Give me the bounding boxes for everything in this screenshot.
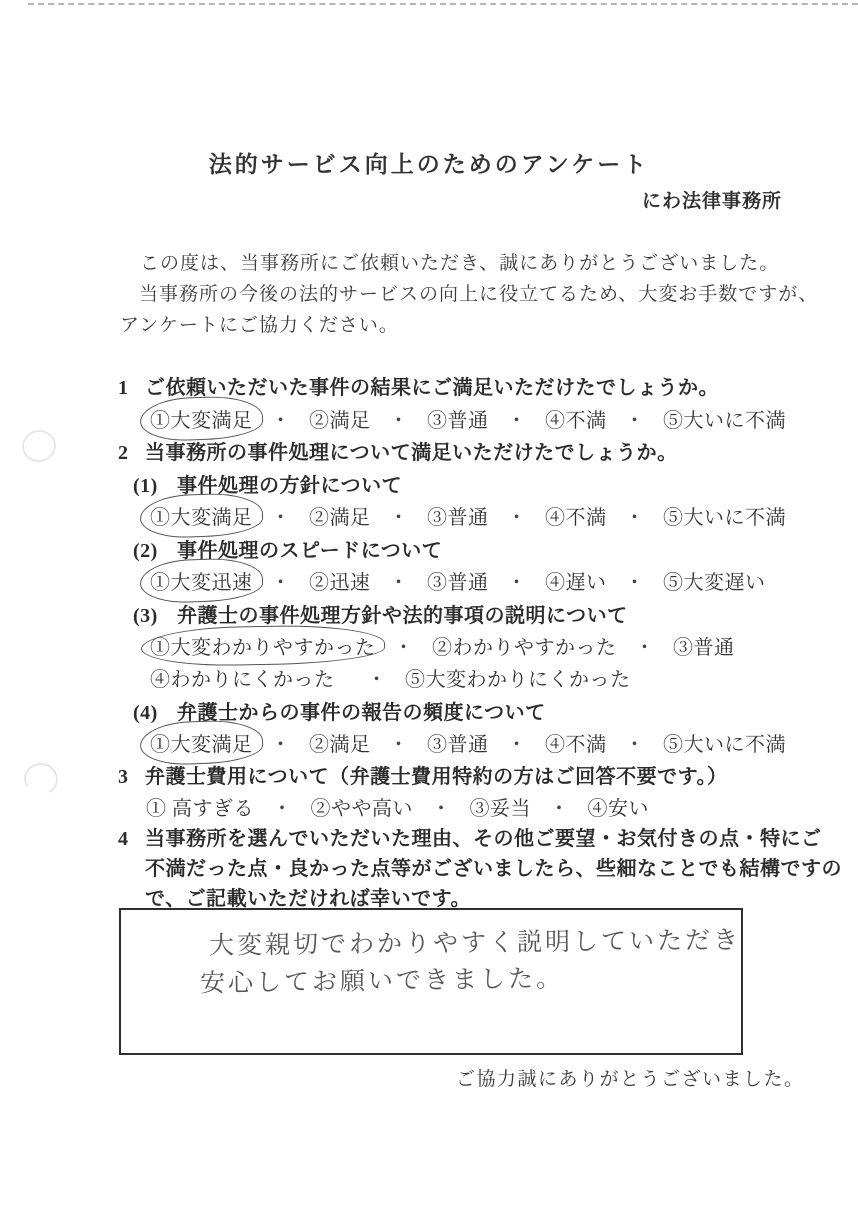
question-2-4-options: ①大変満足 ・ ②満足 ・ ③普通 ・ ④不満 ・ ⑤大いに不満 [150,728,786,757]
question-1-options: ①大変満足 ・ ②満足 ・ ③普通 ・ ④不満 ・ ⑤大いに不満 [150,404,786,433]
option-separator: ・ [389,501,410,530]
scanner-artifact-line [28,3,858,5]
question-4-text-line1: 当事務所を選んでいただいた理由、その他ご要望・お気付きの点・特にご [145,828,822,850]
option[interactable]: ④不満 [545,501,607,530]
option-separator: ・ [271,728,292,757]
option-separator: ・ [625,404,646,433]
intro-line-3: アンケートにご協力ください。 [120,310,399,337]
question-2-4-number: (4) [133,702,177,725]
option[interactable]: ⑤大いに不満 [663,501,786,530]
option-separator: ・ [625,501,646,530]
option[interactable]: ④不満 [545,728,607,757]
option[interactable]: ②やや高い [311,792,414,821]
option-circled[interactable]: ①大変満足 [150,404,253,433]
option-separator: ・ [389,404,410,433]
option-separator: ・ [431,792,452,821]
option[interactable]: ⑤大変わかりにくかった [405,663,631,692]
option[interactable]: ③妥当 [470,792,532,821]
question-2-3-text: 弁護士の事件処理方針や法的事項の説明について [177,605,628,627]
intro-line-2: 当事務所の今後の法的サービスの向上に役立てるため、大変お手数ですが、 [139,279,818,306]
option[interactable]: ②わかりやすかった [432,631,617,660]
option[interactable]: ②満足 [309,404,371,433]
option[interactable]: ④不満 [545,404,607,433]
question-3-number: 3 [118,766,145,789]
option-separator: ・ [507,566,528,595]
question-2-1-options: ①大変満足 ・ ②満足 ・ ③普通 ・ ④不満 ・ ⑤大いに不満 [150,501,786,530]
option[interactable]: ③普通 [427,501,489,530]
free-comment-box[interactable]: 大変親切でわかりやすく説明していただき 安心してお願いできました。 [119,908,743,1055]
option[interactable]: ③普通 [427,728,489,757]
option-separator: ・ [635,631,656,660]
option-separator: ・ [271,501,292,530]
option-separator: ・ [507,404,528,433]
question-3-text: 弁護士費用について（弁護士費用特約の方はご回答不要です。） [145,766,728,788]
punch-hole-mark-top [20,428,58,464]
option[interactable]: ③普通 [673,631,735,660]
option[interactable]: ②満足 [309,728,371,757]
option-circled[interactable]: ①大変満足 [150,728,253,757]
option-separator: ・ [389,728,410,757]
punch-hole-mark-bottom [21,759,62,798]
question-3: 3弁護士費用について（弁護士費用特約の方はご回答不要です。） [118,760,728,789]
question-2-1-text: 事件処理の方針について [177,475,402,497]
question-2-2-options: ①大変迅速 ・ ②迅速 ・ ③普通 ・ ④遅い ・ ⑤大変遅い [150,566,766,595]
handwritten-answer-line2: 安心してお願いできました。 [200,958,564,999]
question-2-1-number: (1) [133,475,177,498]
option-separator: ・ [549,792,570,821]
option[interactable]: ④安い [588,792,650,821]
option-separator: ・ [625,566,646,595]
question-2-3-options-row1: ①大変わかりやすかった ・ ②わかりやすかった ・ ③普通 [150,631,735,660]
option[interactable]: ④わかりにくかった [150,663,335,692]
option-separator: ・ [507,501,528,530]
question-2-3-options-row2: ④わかりにくかった ・ ⑤大変わかりにくかった [150,663,631,692]
question-2-3-number: (3) [133,605,177,628]
question-3-options: ① 高すぎる ・ ②やや高い ・ ③妥当 ・ ④安い [146,792,649,821]
question-2-2-text: 事件処理のスピードについて [177,540,442,562]
question-2-2-number: (2) [133,540,177,563]
option-separator: ・ [625,728,646,757]
option-circled[interactable]: ①大変わかりやすかった [150,631,376,660]
organization-name: にわ法律事務所 [642,186,782,213]
question-2: 2当事務所の事件処理について満足いただけたでしょうか。 [118,436,678,465]
question-2-2: (2)事件処理のスピードについて [133,534,442,563]
question-2-3: (3)弁護士の事件処理方針や法的事項の説明について [133,599,628,628]
question-4-text-line3: で、ご記載いただければ幸いです。 [145,882,471,911]
option-separator: ・ [367,663,388,692]
question-2-number: 2 [118,442,145,465]
option[interactable]: ②満足 [309,501,371,530]
closing-thanks-text: ご協力誠にありがとうございました。 [456,1064,805,1091]
option-separator: ・ [389,566,410,595]
question-2-4-text: 弁護士からの事件の報告の頻度について [177,702,546,724]
option-separator: ・ [272,792,293,821]
question-4-text-line2: 不満だった点・良かった点等がございましたら、些細なことでも結構ですの [145,852,842,881]
question-1-number: 1 [118,377,145,400]
intro-line-1: この度は、当事務所にご依頼いただき、誠にありがとうございました。 [140,248,779,275]
question-2-4: (4)弁護士からの事件の報告の頻度について [133,696,546,725]
option-separator: ・ [271,404,292,433]
option-separator: ・ [394,631,415,660]
option[interactable]: ① 高すぎる [146,792,254,821]
option[interactable]: ③普通 [427,404,489,433]
option-separator: ・ [507,728,528,757]
handwritten-answer-line1: 大変親切でわかりやすく説明していただき [209,920,741,962]
option[interactable]: ⑤大変遅い [663,566,766,595]
option[interactable]: ④遅い [545,566,607,595]
question-2-1: (1)事件処理の方針について [133,469,402,498]
option[interactable]: ⑤大いに不満 [663,728,786,757]
question-4-number: 4 [118,828,145,851]
question-1-text: ご依頼いただいた事件の結果にご満足いただけたでしょうか。 [145,377,719,399]
option-circled[interactable]: ①大変迅速 [150,566,253,595]
page-title: 法的サービス向上のためのアンケート [0,146,858,179]
option-circled[interactable]: ①大変満足 [150,501,253,530]
option[interactable]: ③普通 [427,566,489,595]
option[interactable]: ②迅速 [309,566,371,595]
option[interactable]: ⑤大いに不満 [663,404,786,433]
question-2-text: 当事務所の事件処理について満足いただけたでしょうか。 [145,442,678,464]
question-1: 1ご依頼いただいた事件の結果にご満足いただけたでしょうか。 [118,371,719,400]
question-4: 4当事務所を選んでいただいた理由、その他ご要望・お気付きの点・特にご [118,822,822,851]
option-separator: ・ [271,566,292,595]
